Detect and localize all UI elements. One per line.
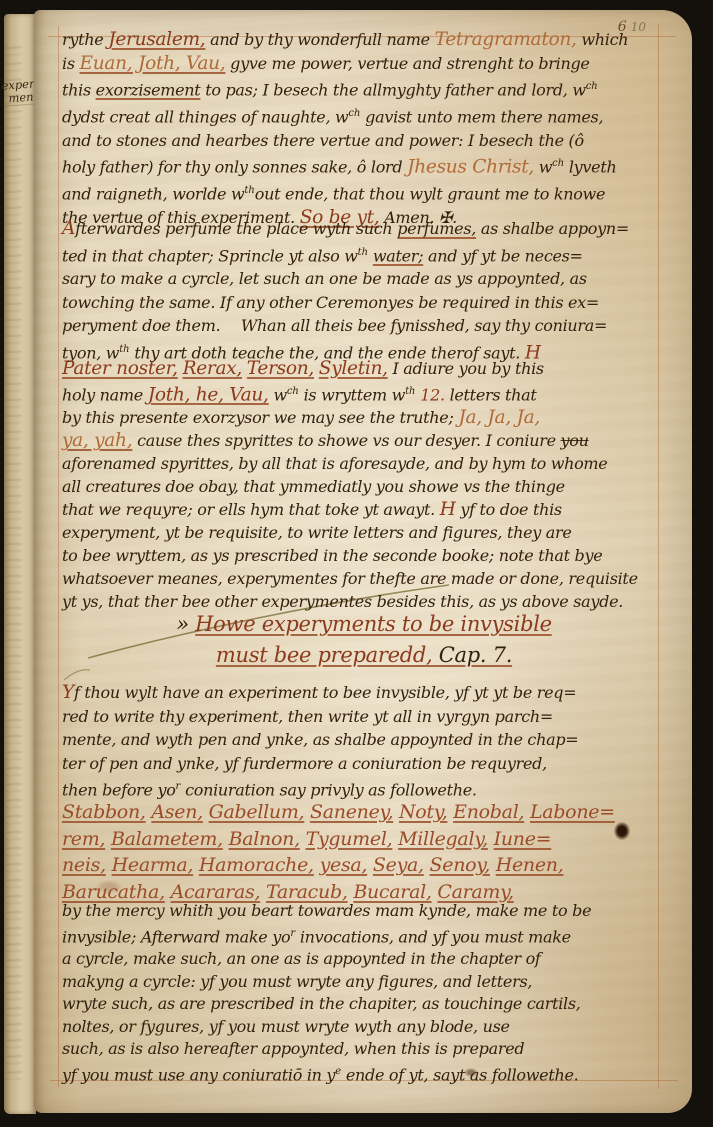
- manuscript-line: must bee preparedd, Cap. 7.: [62, 640, 666, 671]
- text-segment: rem,: [62, 828, 105, 850]
- manuscript-page: 610 rythe Jerusalem, and by thy wonderfu…: [34, 10, 692, 1113]
- ink-blot: [614, 822, 630, 840]
- text-segment: must bee preparedd,: [216, 643, 433, 667]
- text-segment: th: [358, 247, 368, 258]
- text-segment: th: [405, 386, 415, 397]
- text-segment: Henen,: [496, 854, 564, 876]
- text-segment: A: [62, 218, 75, 239]
- text-segment: is wryttem w: [299, 385, 405, 404]
- text-segment: Hamorache,: [199, 854, 314, 876]
- invocation-paragraph: rythe Jerusalem, and by thy wonderfull n…: [62, 28, 666, 229]
- text-segment: ch: [552, 158, 564, 169]
- manuscript-line: and raigneth, worlde wthout ende, that t…: [62, 179, 666, 206]
- text-segment: ya, yah,: [62, 430, 132, 451]
- text-segment: 12.: [420, 385, 445, 404]
- text-segment: ch: [586, 81, 598, 92]
- text-segment: Noty,: [399, 801, 447, 823]
- text-segment: Euan, Joth, Vau,: [80, 53, 226, 74]
- manuscript-line: experyment, yt be requisite, to write le…: [62, 521, 666, 544]
- manuscript-line: holy father) for thy only sonnes sake, ô…: [62, 152, 666, 179]
- text-segment: Howe experyments to be invysible: [195, 612, 552, 636]
- text-segment: Joth, he, Vau,: [148, 384, 269, 405]
- text-segment: Rerax,: [183, 358, 242, 379]
- text-segment: coniuration say privyly as followethe.: [180, 780, 476, 799]
- text-segment: Enobal,: [453, 801, 524, 823]
- text-segment: gyve me power, vertue and strenght to br…: [225, 54, 589, 73]
- text-segment: which: [577, 30, 629, 49]
- text-segment: cause thes spyrittes to showe vs our des…: [132, 431, 560, 450]
- text-segment: Tygumel,: [306, 828, 393, 850]
- text-segment: H: [440, 499, 456, 520]
- manuscript-line: mente, and wyth pen and ynke, as shalbe …: [62, 728, 666, 752]
- manuscript-line: noltes, or fygures, yf you must wryte wy…: [62, 1016, 666, 1039]
- text-segment: Balnon,: [229, 828, 300, 850]
- text-segment: Asen,: [151, 801, 203, 823]
- text-segment: Tetragramaton,: [435, 29, 577, 50]
- text-segment: sary to make a cyrcle, let such an one b…: [62, 269, 587, 288]
- manuscript-line: whatsoever meanes, experymentes for thef…: [62, 567, 666, 590]
- text-segment: to bee wryttem, as ys prescribed in the …: [62, 546, 602, 565]
- manuscript-line: peryment doe them. Whan all theis bee fy…: [62, 314, 666, 338]
- text-segment: Ja, Ja, Ja,: [458, 407, 540, 428]
- ruled-margin-line-left: [58, 26, 59, 1087]
- manuscript-line: yf you must use any coniuratiō in ye end…: [62, 1061, 666, 1087]
- manuscript-line: » Howe experyments to be invysible: [62, 609, 666, 640]
- manuscript-line: towching the same. If any other Ceremony…: [62, 291, 666, 315]
- text-segment: f thou wylt have an experiment to bee in…: [74, 683, 576, 702]
- text-segment: I adiure you by this: [388, 359, 544, 378]
- text-segment: Syletin,: [319, 358, 388, 379]
- text-segment: all creatures doe obay, that ymmediatly …: [62, 477, 565, 496]
- text-segment: gavist unto mem there names,: [360, 107, 603, 126]
- text-segment: ch: [348, 108, 360, 119]
- manuscript-line: ter of pen and ynke, yf furdermore a con…: [62, 752, 666, 776]
- text-segment: Saneney,: [310, 801, 393, 823]
- manuscript-line: by this presente exorzysor we may see th…: [62, 406, 666, 429]
- adjuration-paragraph: Pater noster, Rerax, Terson, Syletin, I …: [62, 357, 666, 613]
- text-segment: Seya,: [373, 854, 424, 876]
- manuscript-line: Stabbon, Asen, Gabellum, Saneney, Noty, …: [62, 799, 666, 826]
- manuscript-line: Pater noster, Rerax, Terson, Syletin, I …: [62, 357, 666, 380]
- text-segment: wryte such, as are prescribed in the cha…: [62, 994, 581, 1013]
- manuscript-line: that we requyre; or ells hym that toke y…: [62, 498, 666, 521]
- text-segment: red to write thy experiment, then write …: [62, 707, 553, 726]
- invisibility-paragraph: Yf thou wylt have an experiment to bee i…: [62, 681, 666, 802]
- manuscript-line: to bee wryttem, as ys prescribed in the …: [62, 544, 666, 567]
- spirit-names-list: Stabbon, Asen, Gabellum, Saneney, Noty, …: [62, 799, 666, 905]
- ink-smudge: [464, 1068, 478, 1077]
- manuscript-line: dydst creat all thinges of naughte, wch …: [62, 102, 666, 129]
- text-segment: th: [119, 344, 129, 355]
- text-segment: to pas; I besech the allmyghty father an…: [200, 80, 585, 99]
- text-segment: Y: [62, 682, 74, 703]
- manuscript-line: ya, yah, cause thes spyrittes to showe v…: [62, 429, 666, 452]
- text-segment: ch: [287, 386, 299, 397]
- text-segment: peryment doe them. Whan all theis bee fy…: [62, 316, 607, 335]
- text-segment: Iune=: [494, 828, 552, 850]
- text-segment: out ende, that thou wylt graunt me to kn…: [255, 184, 605, 203]
- text-segment: rythe: [62, 30, 108, 49]
- text-segment: Labone=: [530, 801, 615, 823]
- text-segment: th: [244, 185, 254, 196]
- manuscript-line: neis, Hearma, Hamorache, yesa, Seya, Sen…: [62, 852, 666, 879]
- text-segment: w: [269, 385, 287, 404]
- text-segment: yesa,: [320, 854, 368, 876]
- text-segment: experyment, yt be requisite, to write le…: [62, 523, 572, 542]
- manuscript-line: rem, Balametem, Balnon, Tygumel, Millega…: [62, 826, 666, 853]
- text-segment: towching the same. If any other Ceremony…: [62, 293, 599, 312]
- manuscript-line: all creatures doe obay, that ymmediatly …: [62, 475, 666, 498]
- text-segment: lyveth: [564, 157, 616, 176]
- chapter-heading: » Howe experyments to be invysiblemust b…: [62, 609, 666, 671]
- text-segment: makyng a cyrcle: yf you must wryte any f…: [62, 972, 532, 991]
- manuscript-line: such, as is also hereafter appoynted, wh…: [62, 1038, 666, 1061]
- text-segment: and yf yt be neces=: [423, 246, 582, 265]
- manuscript-line: red to write thy experiment, then write …: [62, 705, 666, 729]
- text-segment: Cap. 7.: [432, 643, 512, 667]
- text-segment: and by thy wonderfull name: [205, 30, 434, 49]
- manuscript-line: aforenamed spyrittes, by all that is afo…: [62, 452, 666, 475]
- text-segment: Jerusalem,: [108, 29, 205, 50]
- text-segment: by this presente exorzysor we may see th…: [62, 408, 458, 427]
- text-segment: Gabellum,: [209, 801, 305, 823]
- manuscript-line: rythe Jerusalem, and by thy wonderfull n…: [62, 28, 666, 52]
- text-segment: ter of pen and ynke, yf furdermore a con…: [62, 754, 547, 773]
- text-segment: invocations, and yf you must make: [295, 927, 571, 946]
- text-segment: such, as is also hereafter appoynted, wh…: [62, 1039, 524, 1058]
- manuscript-line: invysible; Afterward make yor invocation…: [62, 923, 666, 949]
- manuscript-line: this exorzisement to pas; I besech the a…: [62, 75, 666, 102]
- text-segment: neis,: [62, 854, 106, 876]
- text-segment: Jhesus Christ,: [407, 156, 534, 177]
- text-segment: Hearma,: [112, 854, 194, 876]
- text-segment: exorzisement: [96, 80, 201, 99]
- text-segment: you: [561, 431, 589, 450]
- red-smudge: [96, 880, 122, 894]
- text-segment: and to stones and hearbes there vertue a…: [62, 131, 584, 150]
- text-segment: Pater noster,: [62, 358, 178, 379]
- manuscript-photo: experi: ment. 610 rythe Jerusalem, and b…: [0, 0, 713, 1127]
- text-segment: Terson,: [247, 358, 314, 379]
- text-segment: as shalbe appoyn=: [476, 219, 629, 238]
- text-segment: perfumes,: [397, 219, 476, 238]
- manuscript-line: is Euan, Joth, Vau, gyve me power, vertu…: [62, 52, 666, 76]
- text-segment: is: [62, 54, 80, 73]
- manuscript-line: then before yor coniuration say privyly …: [62, 775, 666, 802]
- text-segment: a cyrcle, make such, an one as is appoyn…: [62, 949, 541, 968]
- text-segment: Stabbon,: [62, 801, 146, 823]
- text-segment: dydst creat all thinges of naughte, w: [62, 107, 348, 126]
- manuscript-line: and to stones and hearbes there vertue a…: [62, 129, 666, 153]
- manuscript-line: sary to make a cyrcle, let such an one b…: [62, 267, 666, 291]
- text-segment: aforenamed spyrittes, by all that is afo…: [62, 454, 607, 473]
- text-segment: invysible; Afterward make yo: [62, 927, 290, 946]
- text-segment: ted in that chapter; Sprincle yt also w: [62, 246, 358, 265]
- text-segment: »: [176, 612, 195, 636]
- text-segment: yf you must use any coniuratiō in y: [62, 1065, 335, 1084]
- closing-paragraph: by the mercy whith you beart towardes ma…: [62, 900, 666, 1087]
- text-segment: holy name: [62, 385, 148, 404]
- text-segment: by the mercy whith you beart towardes ma…: [62, 901, 591, 920]
- text-segment: yf to doe this: [456, 500, 562, 519]
- text-segment: then before yo: [62, 780, 176, 799]
- text-segment: water;: [373, 246, 423, 265]
- text-segment: whatsoever meanes, experymentes for thef…: [62, 569, 638, 588]
- manuscript-line: holy name Joth, he, Vau, wch is wryttem …: [62, 380, 666, 406]
- manuscript-line: Yf thou wylt have an experiment to bee i…: [62, 681, 666, 705]
- text-segment: holy father) for thy only sonnes sake, ô…: [62, 157, 407, 176]
- text-segment: this: [62, 80, 96, 99]
- preparation-paragraph: Afterwardes perfume the place wyth such …: [62, 217, 666, 365]
- text-segment: Senoy,: [430, 854, 490, 876]
- manuscript-line: a cyrcle, make such, an one as is appoyn…: [62, 948, 666, 971]
- text-segment: w: [534, 157, 552, 176]
- text-segment: Balametem,: [111, 828, 223, 850]
- manuscript-line: makyng a cyrcle: yf you must wryte any f…: [62, 971, 666, 994]
- text-segment: ende of yt, sayt as followethe.: [341, 1065, 578, 1084]
- text-segment: noltes, or fygures, yf you must wryte wy…: [62, 1017, 510, 1036]
- manuscript-line: Afterwardes perfume the place wyth such …: [62, 217, 666, 241]
- manuscript-line: ted in that chapter; Sprincle yt also wt…: [62, 241, 666, 268]
- text-segment: that we requyre; or ells hym that toke y…: [62, 500, 440, 519]
- manuscript-line: wryte such, as are prescribed in the cha…: [62, 993, 666, 1016]
- text-segment: Millegaly,: [398, 828, 488, 850]
- bleed-through-texture: [6, 40, 22, 1080]
- text-segment: fterwardes perfume the place wyth such: [75, 219, 397, 238]
- text-segment: mente, and wyth pen and ynke, as shalbe …: [62, 730, 578, 749]
- manuscript-line: by the mercy whith you beart towardes ma…: [62, 900, 666, 923]
- text-segment: and raigneth, worlde w: [62, 184, 244, 203]
- text-segment: letters that: [445, 385, 537, 404]
